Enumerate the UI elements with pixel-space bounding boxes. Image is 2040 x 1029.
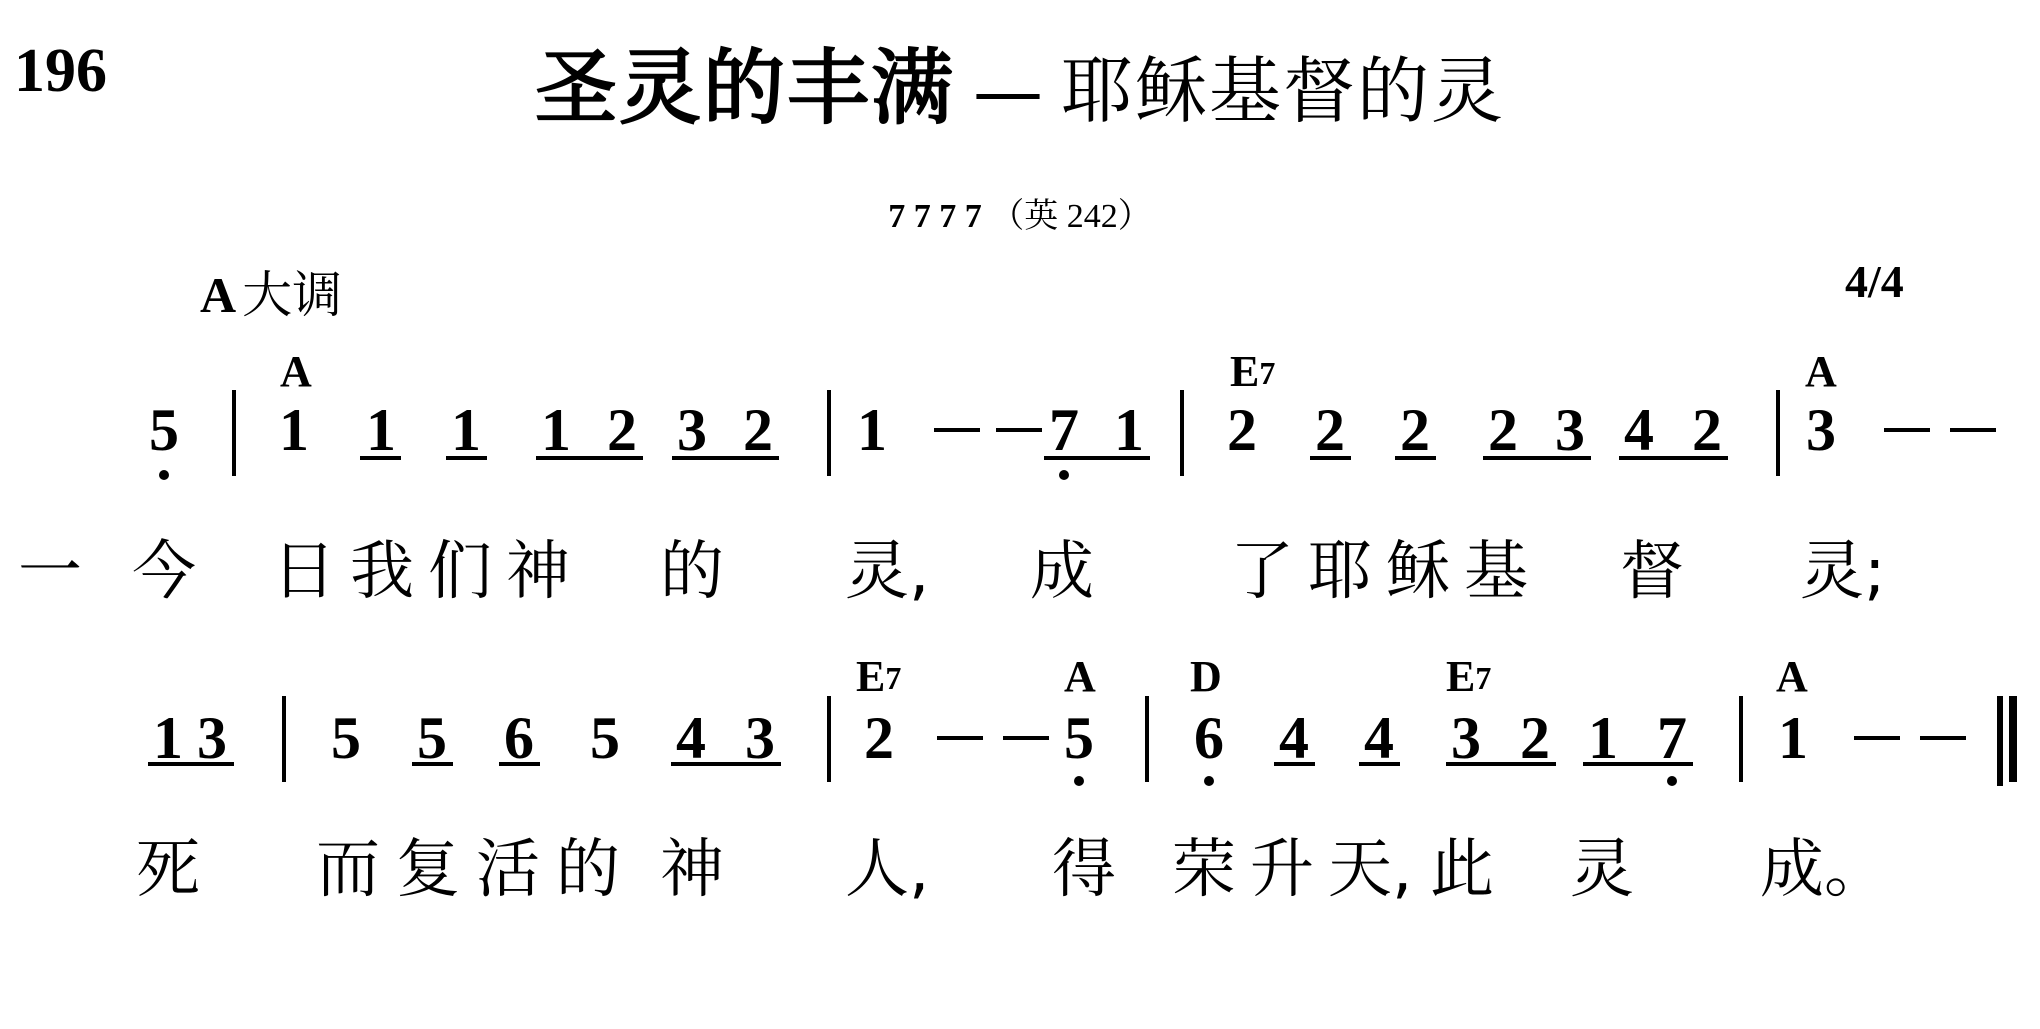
lyric-syllable: 升: [1250, 838, 1314, 902]
lyric-syllable: 了: [1230, 540, 1294, 604]
final-barline-thick: [2009, 696, 2017, 782]
barline: [827, 696, 831, 782]
note: 2: [1488, 400, 1518, 460]
english-hymn-reference: （英 242）: [990, 198, 1152, 235]
low-octave-dot: [159, 470, 169, 480]
hymn-sheet: 196 圣灵的丰满—耶稣基督的灵 7 7 7 7 （英 242） A大调 4/4…: [0, 0, 2040, 1029]
note: 2: [743, 400, 773, 460]
lyric-syllable: 得: [1052, 838, 1116, 902]
eighth-beam-underline: [1274, 762, 1315, 766]
barline: [282, 696, 286, 782]
note: 4: [1364, 708, 1394, 768]
lyric-syllable: 的: [556, 838, 620, 902]
note: 4: [1624, 400, 1654, 460]
lyric-syllable: 天,: [1328, 838, 1412, 902]
eighth-beam-underline: [536, 456, 643, 460]
note: 5: [417, 708, 447, 768]
eighth-beam-underline: [1044, 456, 1150, 460]
lyric-syllable: 此: [1430, 838, 1494, 902]
eighth-beam-underline: [1619, 456, 1728, 460]
eighth-beam-underline: [1310, 456, 1351, 460]
note: 1: [451, 400, 481, 460]
eighth-beam-underline: [1483, 456, 1591, 460]
final-barline-thin: [1997, 696, 2003, 786]
sustain-dash: [1003, 736, 1049, 740]
low-octave-dot: [1204, 776, 1214, 786]
note: 1: [1778, 708, 1808, 768]
lyric-syllable: 日: [272, 540, 336, 604]
note: 1: [1588, 708, 1618, 768]
note: 2: [1520, 708, 1550, 768]
lyric-syllable: 督: [1620, 540, 1684, 604]
chord-symbol: A: [1805, 350, 1837, 394]
note: 7: [1657, 708, 1687, 768]
note: 4: [676, 708, 706, 768]
note: 1: [857, 400, 887, 460]
note: 5: [149, 400, 179, 460]
eighth-beam-underline: [672, 456, 779, 460]
note: 2: [1400, 400, 1430, 460]
note: 1: [153, 708, 183, 768]
sustain-dash: [1950, 428, 1996, 432]
lyric-syllable: 而: [316, 838, 380, 902]
lyric-syllable: 们: [428, 540, 492, 604]
meter-line: 7 7 7 7 （英 242）: [0, 188, 2040, 237]
note: 1: [541, 400, 571, 460]
eighth-beam-underline: [671, 762, 781, 766]
low-octave-dot: [1074, 776, 1084, 786]
sustain-dash: [1854, 736, 1900, 740]
chord-symbol: E7: [856, 655, 901, 699]
note: 2: [1315, 400, 1345, 460]
lyric-syllable: 死: [136, 838, 200, 902]
key-letter: A: [200, 267, 236, 323]
chord-symbol: E7: [1230, 350, 1275, 394]
sustain-dash: [996, 428, 1042, 432]
lyric-syllable: 神: [506, 540, 570, 604]
lyric-syllable: 神: [660, 838, 724, 902]
eighth-beam-underline: [148, 762, 234, 766]
chord-symbol: D: [1190, 655, 1222, 699]
lyric-syllable: 灵;: [1800, 540, 1886, 604]
barline: [1739, 696, 1743, 782]
note: 2: [864, 708, 894, 768]
note: 4: [1279, 708, 1309, 768]
eighth-beam-underline: [499, 762, 540, 766]
barline: [1145, 696, 1149, 782]
sustain-dash: [934, 428, 980, 432]
chord-symbol: E7: [1446, 655, 1491, 699]
lyric-syllable: 今: [132, 540, 196, 604]
barline: [1776, 390, 1780, 476]
lyric-syllable: 复: [396, 838, 460, 902]
low-octave-dot: [1667, 776, 1677, 786]
note: 3: [1451, 708, 1481, 768]
eighth-beam-underline: [412, 762, 453, 766]
sustain-dash: [1920, 736, 1966, 740]
hymn-title: 圣灵的丰满—耶稣基督的灵: [0, 48, 2040, 130]
time-signature: 4/4: [1845, 255, 1904, 308]
lyric-syllable: 灵,: [845, 540, 929, 604]
lyric-syllable: 人,: [845, 838, 929, 902]
lyric-syllable: 成。: [1760, 838, 1888, 902]
lyric-syllable: 一: [18, 540, 82, 604]
lyric-syllable: 我: [350, 540, 414, 604]
barline: [827, 390, 831, 476]
note: 2: [1227, 400, 1257, 460]
note: 6: [504, 708, 534, 768]
eighth-beam-underline: [1359, 762, 1400, 766]
lyric-syllable: 的: [660, 540, 724, 604]
lyric-syllable: 活: [476, 838, 540, 902]
note: 3: [677, 400, 707, 460]
note: 3: [1806, 400, 1836, 460]
title-subtitle: 耶稣基督的灵: [1061, 49, 1505, 133]
lyric-syllable: 荣: [1172, 838, 1236, 902]
lyric-syllable: 灵: [1570, 838, 1634, 902]
sustain-dash: [1884, 428, 1930, 432]
note: 7: [1049, 400, 1079, 460]
note: 1: [1114, 400, 1144, 460]
note: 5: [1064, 708, 1094, 768]
note: 3: [1555, 400, 1585, 460]
eighth-beam-underline: [1583, 762, 1693, 766]
eighth-beam-underline: [446, 456, 487, 460]
note: 5: [331, 708, 361, 768]
lyric-syllable: 基: [1464, 540, 1528, 604]
key-signature: A大调: [200, 255, 342, 327]
chord-symbol: A: [1064, 655, 1096, 699]
note: 6: [1194, 708, 1224, 768]
note: 2: [1692, 400, 1722, 460]
note: 1: [366, 400, 396, 460]
note: 5: [590, 708, 620, 768]
eighth-beam-underline: [360, 456, 401, 460]
lyric-syllable: 耶: [1308, 540, 1372, 604]
title-separator: —: [973, 51, 1043, 133]
sustain-dash: [937, 736, 983, 740]
chord-symbol: A: [280, 350, 312, 394]
barline: [1180, 390, 1184, 476]
note: 2: [607, 400, 637, 460]
low-octave-dot: [1059, 470, 1069, 480]
meter: 7 7 7 7: [888, 198, 982, 235]
note: 3: [197, 708, 227, 768]
title-main: 圣灵的丰满: [535, 41, 955, 136]
note: 1: [279, 400, 309, 460]
barline: [232, 390, 236, 476]
lyric-syllable: 成: [1030, 540, 1094, 604]
key-label: 大调: [242, 267, 342, 323]
eighth-beam-underline: [1395, 456, 1436, 460]
lyric-syllable: 稣: [1386, 540, 1450, 604]
eighth-beam-underline: [1446, 762, 1556, 766]
chord-symbol: A: [1776, 655, 1808, 699]
note: 3: [745, 708, 775, 768]
